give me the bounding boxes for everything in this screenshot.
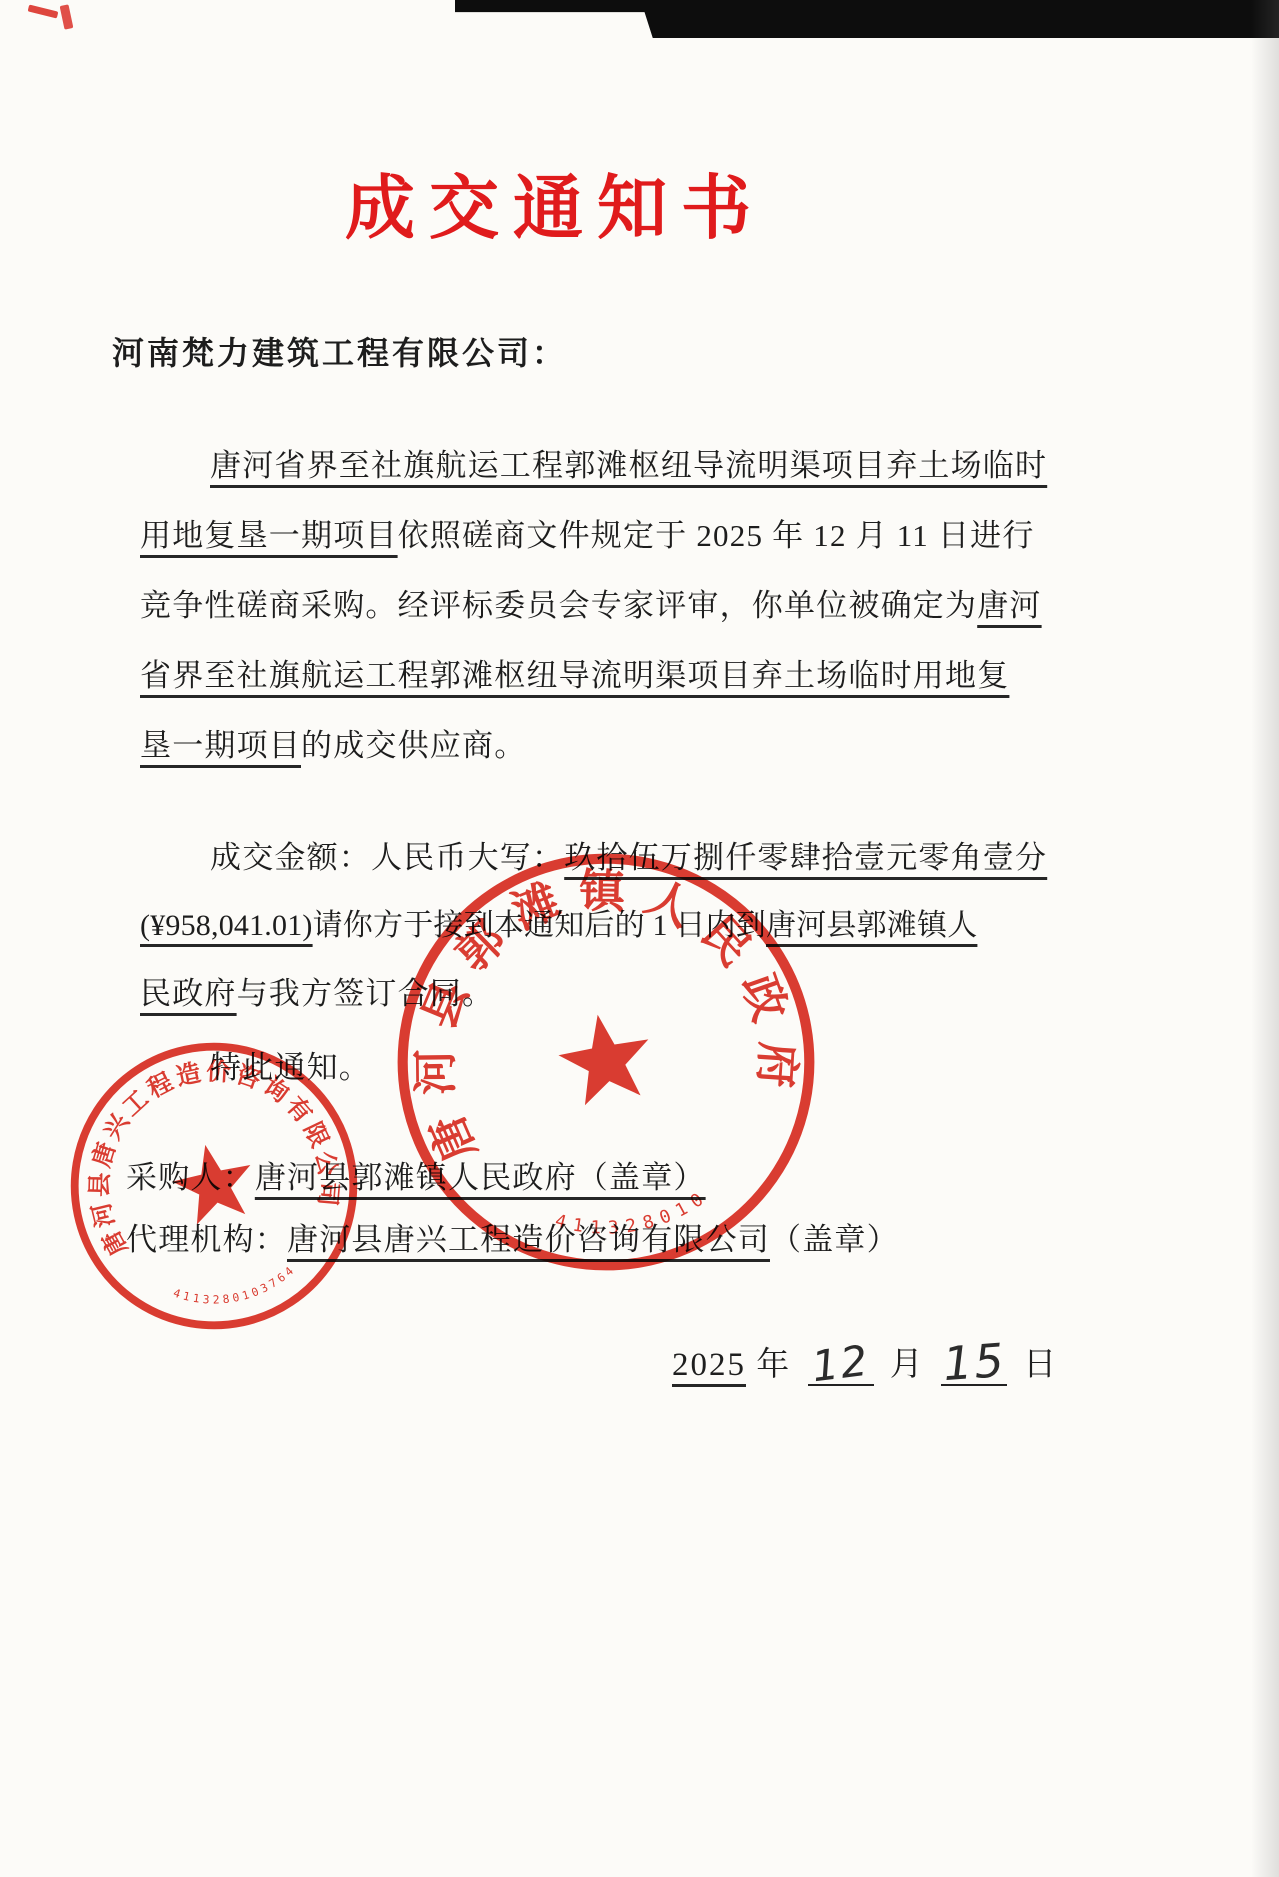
body-line-2-text: 依照磋商文件规定于 2025 年 12 月 11 日进行	[398, 518, 1035, 553]
corner-red-mark	[60, 4, 74, 29]
body-line-2: 用地复垦一期项目依照磋商文件规定于 2025 年 12 月 11 日进行	[140, 510, 1035, 555]
scan-edge-shadow	[1251, 0, 1279, 1877]
date-month-unit: 月	[890, 1347, 925, 1383]
winner-name-part3: 垦一期项目	[140, 728, 301, 763]
date-line: 2025 年 12 月 15 日	[672, 1336, 1058, 1386]
government-stamp: 唐河县郭滩镇人民政府 411328010	[356, 812, 856, 1312]
date-day-unit: 日	[1023, 1347, 1058, 1383]
stamp-serial: 411328010	[550, 1183, 718, 1250]
scanner-edge-artifact	[455, 0, 1279, 38]
body-line-1: 唐河省界至社旗航运工程郭滩枢纽导流明渠项目弃土场临时	[210, 440, 1047, 485]
agency-stamp: 唐河县唐兴工程造价咨询有限公司 4113280103764	[38, 1010, 389, 1361]
svg-text:411328010: 411328010	[550, 1183, 718, 1250]
date-month-slot: 12	[808, 1340, 874, 1386]
body-line-3-text: 竞争性磋商采购。经评标委员会专家评审，你单位被确定为	[140, 588, 977, 623]
stamp-ring-text: 唐河县郭滩镇人民政府	[376, 832, 815, 1172]
star-icon	[553, 1007, 658, 1108]
body-line-4: 省界至社旗航运工程郭滩枢纽导流明渠项目弃土场临时用地复	[140, 650, 1009, 695]
date-year: 2025	[672, 1347, 746, 1383]
corner-red-mark	[28, 4, 59, 18]
date-year-unit: 年	[756, 1347, 791, 1383]
project-name-part1: 唐河省界至社旗航运工程郭滩枢纽导流明渠项目弃土场临时	[210, 448, 1047, 483]
date-day-handwritten: 15	[941, 1337, 1007, 1387]
scanned-notice-page: 成交通知书 河南梵力建筑工程有限公司： 唐河省界至社旗航运工程郭滩枢纽导流明渠项…	[0, 0, 1279, 1877]
body-line-5-text: 的成交供应商。	[301, 728, 526, 763]
addressee-line: 河南梵力建筑工程有限公司：	[112, 328, 567, 374]
date-day-slot: 15	[941, 1336, 1007, 1386]
addressee-text: 河南梵力建筑工程有限公司：	[112, 335, 567, 371]
project-name-part2: 用地复垦一期项目	[140, 518, 398, 553]
notice-title: 成交通知书	[0, 152, 1110, 253]
date-month-handwritten: 12	[809, 1340, 871, 1389]
winner-name-part1: 唐河	[977, 588, 1041, 623]
winner-name-part2: 省界至社旗航运工程郭滩枢纽导流明渠项目弃土场临时用地复	[140, 658, 1009, 693]
amount-numeric: (¥958,041.01)	[140, 909, 313, 942]
purchaser-ref-part2: 民政府	[140, 976, 237, 1011]
body-line-5: 垦一期项目的成交供应商。	[140, 720, 526, 765]
star-icon	[166, 1137, 260, 1228]
body-line-3: 竞争性磋商采购。经评标委员会专家评审，你单位被确定为唐河	[140, 580, 1042, 625]
svg-text:唐河县郭滩镇人民政府: 唐河县郭滩镇人民政府	[376, 832, 815, 1172]
